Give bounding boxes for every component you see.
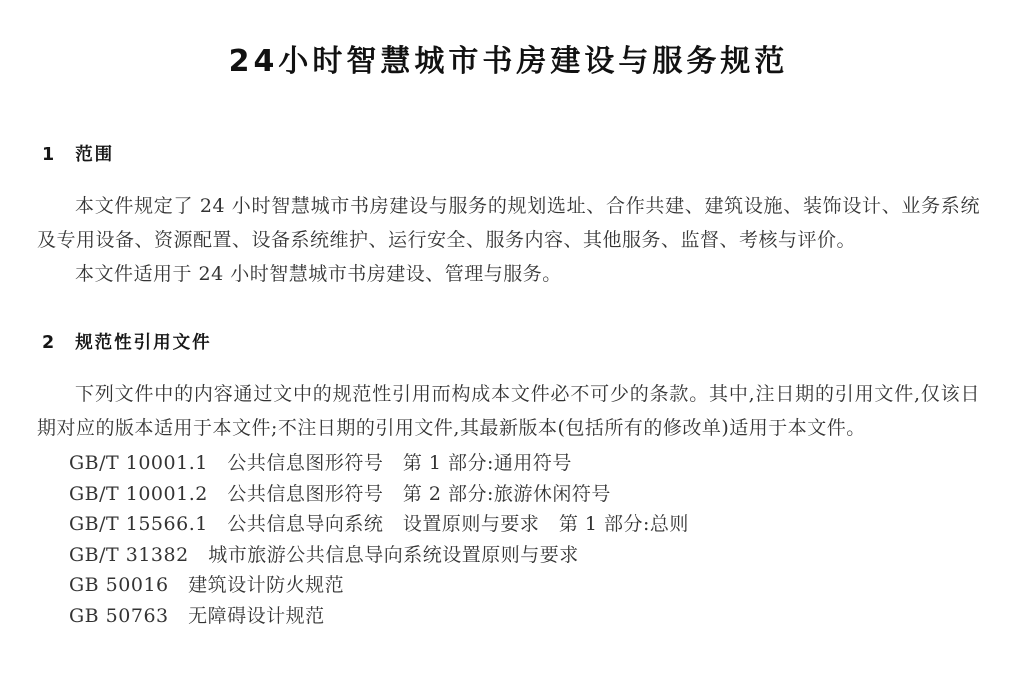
reference-item: GB 50763 无障碍设计规范 [69,601,980,632]
section-2-heading: 2规范性引用文件 [42,332,980,354]
section-1-title: 范围 [75,145,114,165]
references-intro-paragraph: 下列文件中的内容通过文中的规范性引用而构成本文件必不可少的条款。其中,注日期的引… [37,377,980,445]
scope-paragraph-2: 本文件适用于 24 小时智慧城市书房建设、管理与服务。 [37,257,980,291]
document-page: 24小时智慧城市书房建设与服务规范 1范围 本文件规定了 24 小时智慧城市书房… [0,0,1018,681]
reference-item: GB/T 10001.2 公共信息图形符号 第 2 部分:旅游休闲符号 [69,479,980,510]
document-title: 24小时智慧城市书房建设与服务规范 [37,0,980,82]
section-1-number: 1 [42,144,54,166]
scope-paragraph-1: 本文件规定了 24 小时智慧城市书房建设与服务的规划选址、合作共建、建筑设施、装… [37,189,980,257]
reference-item: GB/T 15566.1 公共信息导向系统 设置原则与要求 第 1 部分:总则 [69,509,980,540]
section-2-title: 规范性引用文件 [75,333,212,353]
section-2-number: 2 [42,332,54,354]
reference-item: GB/T 31382 城市旅游公共信息导向系统设置原则与要求 [69,540,980,571]
reference-item: GB/T 10001.1 公共信息图形符号 第 1 部分:通用符号 [69,448,980,479]
section-1-heading: 1范围 [42,144,980,166]
reference-list: GB/T 10001.1 公共信息图形符号 第 1 部分:通用符号 GB/T 1… [37,448,980,631]
reference-item: GB 50016 建筑设计防火规范 [69,570,980,601]
